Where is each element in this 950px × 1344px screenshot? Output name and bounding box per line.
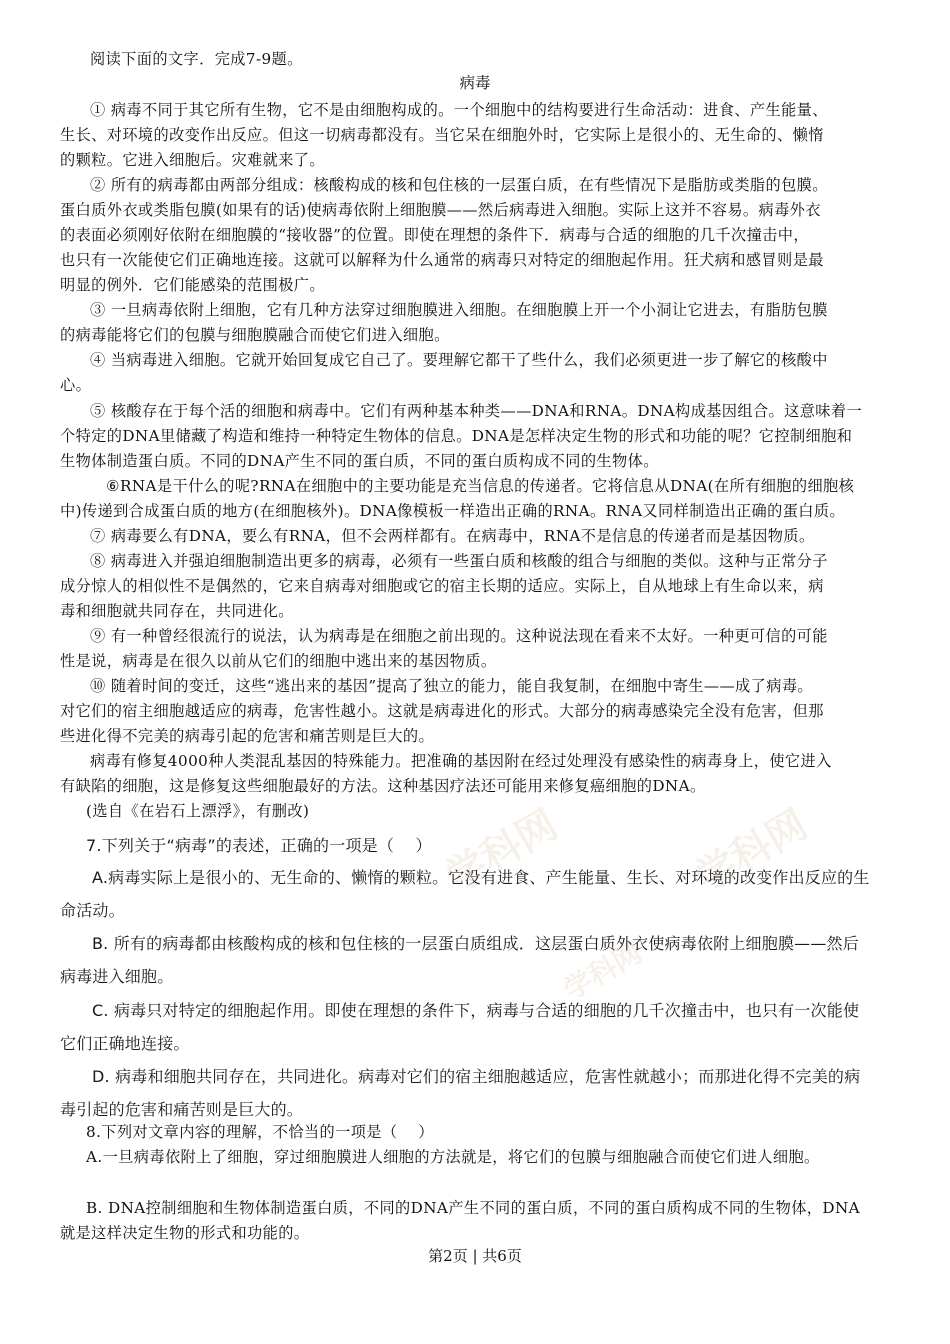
question-7-option-c: C. 病毒只对特定的细胞起作用。即使在理想的条件下，病毒与合适的细胞的几千次撞击… [92, 1001, 859, 1021]
paragraph-line: ⑩ 随着时间的变迁，这些“逃出来的基因”提高了独立的能力，能自我复制，在细胞中寄… [90, 676, 813, 696]
paragraph-line: 生长、对环境的改变作出反应。但这一切病毒都没有。当它呆在细胞外时，它实际上是很小… [60, 125, 824, 145]
paragraph-line: 的病毒能将它们的包膜与细胞膜融合而使它们进入细胞。 [60, 325, 450, 345]
paragraph-line: ⑨ 有一种曾经很流行的说法，认为病毒是在细胞之前出现的。这种说法现在看来不太好。… [90, 626, 828, 646]
question-8-stem: 8.下列对文章内容的理解，不恰当的一项是（ ） [86, 1122, 434, 1142]
page-footer: 第2页 | 共6页 [0, 1246, 950, 1266]
article-title: 病毒 [0, 73, 950, 93]
paragraph-line: 的表面必须刚好依附在细胞膜的“接收器”的位置。即使在理想的条件下．病毒与合适的细… [60, 225, 809, 245]
question-8-option-a: A.一旦病毒依附上了细胞，穿过细胞膜进人细胞的方法就是，将它们的包膜与细胞融合而… [86, 1147, 820, 1167]
question-7-option-c: 它们正确地连接。 [60, 1034, 190, 1054]
source-citation: (选自《在岩石上漂浮》，有删改) [86, 801, 309, 821]
question-7-stem: 7.下列关于“病毒”的表述，正确的一项是（ ） [86, 836, 432, 856]
question-7-option-a: 命活动。 [60, 901, 125, 921]
paragraph-line: 对它们的宿主细胞越适应的病毒，危害性越小。这就是病毒进化的形式。大部分的病毒感染… [60, 701, 824, 721]
question-7-option-d: 毒引起的危害和痛苦则是巨大的。 [60, 1100, 303, 1120]
question-7-option-b: 病毒进入细胞。 [60, 967, 173, 987]
paragraph-line: 的颗粒。它进入细胞后。灾难就来了。 [60, 150, 325, 170]
paragraph-line: 病毒有修复4000种人类混乱基因的特殊能力。把准确的基因附在经过处理没有感染性的… [90, 751, 832, 771]
paragraph-line: ⑦ 病毒要么有DNA，要么有RNA，但不会两样都有。在病毒中，RNA不是信息的传… [90, 526, 815, 546]
document-page: 学科网 学科网 学科网 阅读下面的文字．完成7-9题。 病毒 ① 病毒不同于其它… [0, 0, 950, 1344]
paragraph-line: 有缺陷的细胞，这是修复这些细胞最好的方法。这种基因疗法还可能用来修复癌细胞的DN… [60, 776, 706, 796]
paragraph-line: 心。 [60, 375, 91, 395]
paragraph-line: ④ 当病毒进入细胞。它就开始回复成它自己了。要理解它都干了些什么，我们必须更进一… [90, 350, 828, 370]
paragraph-line: 也只有一次能使它们正确地连接。这就可以解释为什么通常的病毒只对特定的细胞起作用。… [60, 250, 824, 270]
paragraph-line: 蛋白质外衣或类脂包膜(如果有的话)使病毒依附上细胞膜——然后病毒进入细胞。实际上… [60, 200, 821, 220]
paragraph-line: ② 所有的病毒都由两部分组成：核酸构成的核和包住核的一层蛋白质，在有些情况下是脂… [90, 175, 828, 195]
paragraph-line: 生物体制造蛋白质。不同的DNA产生不同的蛋白质，不同的蛋白质构成不同的生物体。 [60, 451, 659, 471]
question-8-option-b: B. DNA控制细胞和生物体制造蛋白质，不同的DNA产生不同的蛋白质，不同的蛋白… [86, 1198, 860, 1218]
question-7-option-b: B. 所有的病毒都由核酸构成的核和包住核的一层蛋白质组成．这层蛋白质外衣使病毒依… [92, 934, 859, 954]
paragraph-line: 个特定的DNA里储藏了构造和维持一种特定生物体的信息。DNA是怎样决定生物的形式… [60, 426, 852, 446]
paragraph-line: 些进化得不完美的病毒引起的危害和痛苦则是巨大的。 [60, 726, 434, 746]
question-7-option-d: D. 病毒和细胞共同存在，共同进化。病毒对它们的宿主细胞越适应，危害性就越小；而… [92, 1067, 860, 1087]
paragraph-line: 成分惊人的相似性不是偶然的，它来自病毒对细胞或它的宿主长期的适应。实际上，自从地… [60, 576, 824, 596]
paragraph-line: 中)传递到合成蛋白质的地方(在细胞核外)。DNA像模板一样造出正确的RNA。RN… [60, 501, 845, 521]
paragraph-line: ⑤ 核酸存在于每个活的细胞和病毒中。它们有两种基本种类——DNA和RNA。DNA… [90, 401, 862, 421]
paragraph-line: 性是说，病毒是在很久以前从它们的细胞中逃出来的基因物质。 [60, 651, 496, 671]
paragraph-line: 毒和细胞就共同存在，共同进化。 [60, 601, 294, 621]
question-8-option-b: 就是这样决定生物的形式和功能的。 [60, 1223, 309, 1243]
question-7-option-a: A.病毒实际上是很小的、无生命的、懒惰的颗粒。它没有进食、产生能量、生长、对环境… [92, 868, 870, 888]
intro-text: 阅读下面的文字．完成7-9题。 [90, 49, 303, 69]
paragraph-line: 明显的例外．它们能感染的范围极广。 [60, 275, 325, 295]
paragraph-line: ③ 一旦病毒依附上细胞，它有几种方法穿过细胞膜进入细胞。在细胞膜上开一个小洞让它… [90, 300, 828, 320]
paragraph-line: ① 病毒不同于其它所有生物，它不是由细胞构成的。一个细胞中的结构要进行生命活动：… [90, 100, 828, 120]
paragraph-line: ⑧ 病毒进入并强迫细胞制造出更多的病毒，必须有一些蛋白质和核酸的组合与细胞的类似… [90, 551, 828, 571]
paragraph-line: ⑥RNA是干什么的呢?RNA在细胞中的主要功能是充当信息的传递者。它将信息从DN… [106, 476, 854, 496]
